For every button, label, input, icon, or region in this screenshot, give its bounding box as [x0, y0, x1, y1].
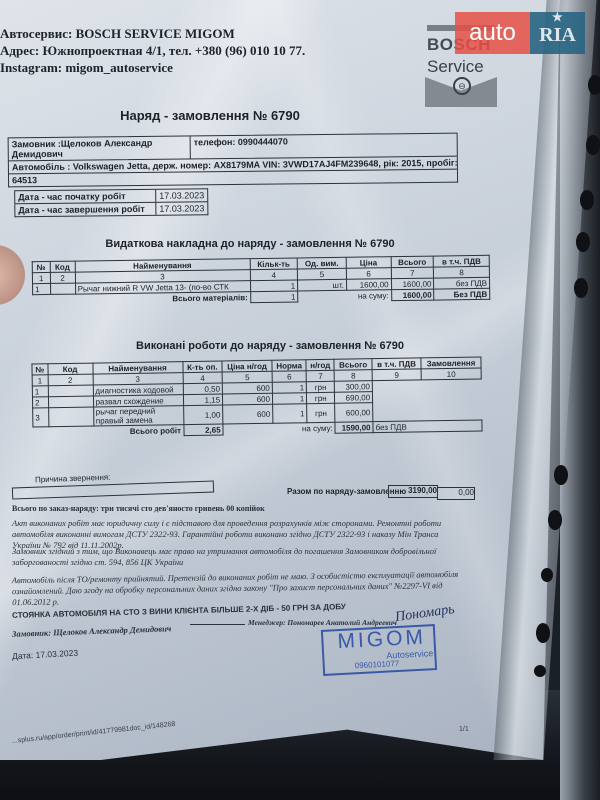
customer-phone: телефон: 0990444070 [190, 135, 291, 158]
document-sheet: Автосервис: BOSCH SERVICE MIGOM Адрес: Ю… [0, 0, 560, 760]
materials-table: № Код Найменування Кільк-ть Од. вим. Цін… [32, 255, 491, 306]
reason-label: Причина звернення: [35, 473, 111, 485]
start-date-value: 17.03.2023 [155, 189, 207, 202]
print-url: ...splus.ru/app/order/print/id/41779981d… [12, 721, 176, 745]
grand-total-value: 3190,00 [388, 485, 438, 498]
binder-hole [576, 232, 590, 252]
legal-paragraph-2: Замовник згідний з тим, що Виконавець ма… [12, 546, 462, 568]
watermark-ria: ★ RIA [530, 12, 585, 54]
binder-hole [541, 568, 553, 582]
logo-service: Service [427, 57, 484, 77]
binder-hole [534, 665, 546, 677]
binder-hole [548, 510, 562, 530]
binder-hole [588, 75, 600, 95]
binder-hole [580, 190, 594, 210]
autoria-watermark: auto ★ RIA [455, 12, 585, 54]
end-date-label: Дата - час завершення робіт [15, 203, 155, 216]
start-date-label: Дата - час початку робіт [15, 190, 155, 203]
binder-hole [554, 465, 568, 485]
total-in-words: Всього по заказ-наряду: три тисячі сто д… [12, 503, 462, 514]
materials-title: Видаткова накладна до наряду - замовленн… [40, 238, 460, 250]
order-info: Замовник :Щелоков Александр Демидович те… [8, 133, 459, 218]
binder-hole [586, 135, 600, 155]
works-title: Виконані роботи до наряду - замовлення №… [60, 340, 480, 352]
stamp-phone: 0960101077 [355, 659, 400, 670]
binder-hole [574, 278, 588, 298]
car-mileage: 64513 [9, 174, 40, 186]
service-instagram: Instagram: migom_autoservice [0, 59, 305, 76]
bosch-armature-icon: ⊖ [453, 77, 471, 95]
signature-underline [190, 624, 245, 625]
grand-total-vat: 0,00 [437, 487, 475, 500]
star-icon: ★ [552, 10, 563, 24]
page-number: 1/1 [459, 726, 469, 733]
end-date-value: 17.03.2023 [155, 202, 207, 215]
works-table: № Код Найменування К-ть оп. Ціна н/год Н… [31, 356, 482, 438]
service-name: Автосервис: BOSCH SERVICE MIGOM [0, 25, 305, 42]
document-date: Дата: 17.03.2023 [12, 645, 132, 662]
watermark-auto: auto [455, 12, 530, 54]
customer-name: Замовник :Щелоков Александр Демидович [9, 136, 190, 160]
service-address: Адрес: Южнопроектная 4/1, тел. +380 (96)… [0, 42, 305, 59]
order-title: Наряд - замовлення № 6790 [0, 108, 420, 123]
service-header: Автосервис: BOSCH SERVICE MIGOM Адрес: Ю… [0, 25, 305, 76]
binder-hole [536, 623, 550, 643]
company-stamp: MIGOM Autoservice 0960101077 [321, 624, 437, 676]
